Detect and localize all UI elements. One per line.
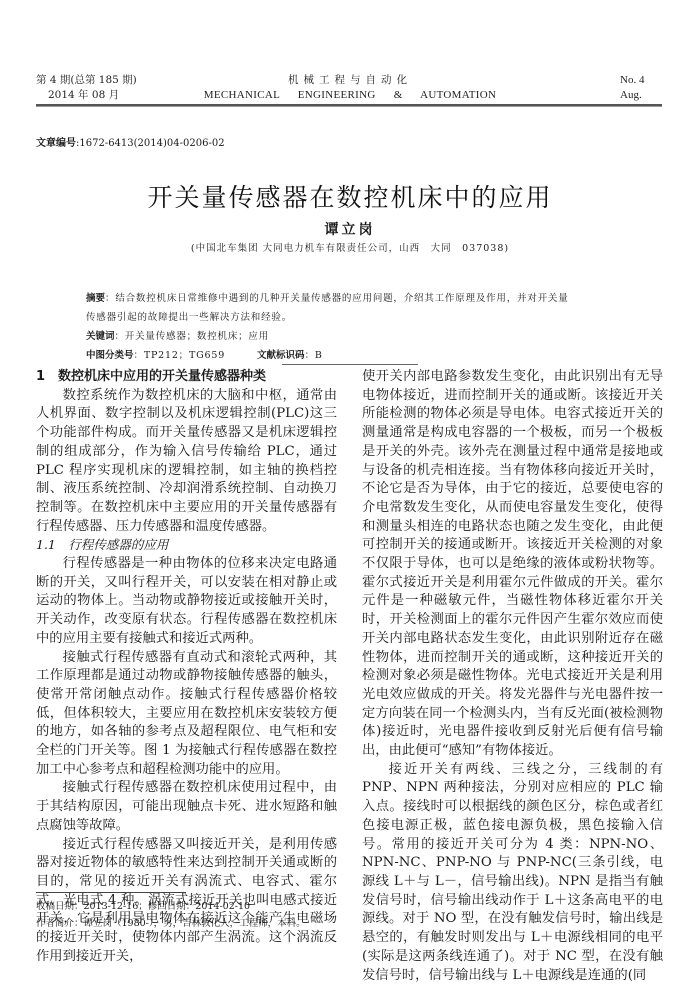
- keywords-value: ：开关量传感器；数控机床；应用: [115, 331, 270, 342]
- article-id: 文章编号:1672-6413(2014)04-0206-02: [36, 134, 225, 149]
- keywords-label: 关键词: [86, 331, 115, 342]
- paragraph: 接近开关有两线、三线之分，三线制的有 PNP、NPN 两种接法，分别对应相应的 …: [362, 761, 663, 985]
- body-column-right: 使开关内部电路参数发生变化，由此识别出有无导电物体接近，进而控制开关的通或断。该…: [362, 368, 663, 985]
- abstract-text-2: 传感器引起的故障提出一些解决方法和经验。: [86, 312, 292, 323]
- doc-code-value: ：B: [305, 350, 323, 361]
- journal-name-en: MECHANICAL ENGINEERING & AUTOMATION: [0, 88, 700, 103]
- section-heading: 1 数控机床中应用的开关量传感器种类: [36, 368, 337, 387]
- body-column-left: 1 数控机床中应用的开关量传感器种类 数控系统作为数控机床的大脑和中枢，通常由人…: [36, 368, 337, 967]
- article-id-label: 文章编号: [36, 138, 76, 149]
- paragraph: 接触式行程传感器在数控机床使用过程中，由于其结构原因，可能出现触点卡死、进水短路…: [36, 779, 337, 835]
- clc-label: 中图分类号: [86, 350, 134, 361]
- clc-value: ：TP212；TG659: [134, 350, 226, 361]
- subsection-heading: 1.1 行程传感器的应用: [36, 536, 337, 555]
- footnote-rule: [36, 892, 186, 893]
- author-name: 谭立岗: [0, 219, 700, 239]
- footnote-received-date: 收稿日期：2013-12-16；修回日期：2014-02-10: [36, 900, 250, 914]
- abstract-text-1: ：结合数控机床日常维修中遇到的几种开关量传感器的应用问题，介绍其工作原理及作用，…: [105, 293, 569, 304]
- paragraph: 行程传感器是一种由物体的位移来决定电路通断的开关，又叫行程开关，可以安装在相对静…: [36, 555, 337, 649]
- paragraph: 接触式行程传感器有直动式和滚轮式两种，其工作原理都是通过动物或静物接触传感器的触…: [36, 649, 337, 780]
- footnote-author-bio: 作者简介：谭立岗（1980-），男，吉林敦化人，工程师，本科。: [36, 917, 306, 931]
- issue-info-en: No. 4 Aug.: [620, 73, 644, 103]
- issue-no: No. 4: [620, 73, 644, 88]
- issue-month: Aug.: [620, 88, 644, 103]
- paper-title: 开关量传感器在数控机床中的应用: [0, 178, 700, 214]
- keywords-line: 关键词：开关量传感器；数控机床；应用: [86, 327, 616, 346]
- journal-name: 机械工程与自动化 MECHANICAL ENGINEERING & AUTOMA…: [0, 73, 700, 103]
- abstract-line: 传感器引起的故障提出一些解决方法和经验。: [86, 308, 616, 327]
- abstract-line: 摘要：结合数控机床日常维修中遇到的几种开关量传感器的应用问题，介绍其工作原理及作…: [86, 289, 616, 308]
- classification-line: 中图分类号：TP212；TG659文献标识码：B: [86, 346, 616, 365]
- journal-name-cn: 机械工程与自动化: [0, 73, 700, 88]
- header-rule: [36, 104, 662, 107]
- paragraph: 数控系统作为数控机床的大脑和中枢，通常由人机界面、数字控制以及机床逻辑控制(PL…: [36, 387, 337, 537]
- doc-code-label: 文献标识码: [257, 350, 305, 361]
- article-id-value: :1672-6413(2014)04-0206-02: [76, 138, 225, 149]
- abstract-separator: [282, 364, 418, 365]
- paragraph: 使开关内部电路参数发生变化，由此识别出有无导电物体接近，进而控制开关的通或断。该…: [362, 368, 663, 761]
- author-affiliation: (中国北车集团 大同电力机车有限责任公司，山西 大同 037038): [0, 240, 700, 254]
- abstract-block: 摘要：结合数控机床日常维修中遇到的几种开关量传感器的应用问题，介绍其工作原理及作…: [86, 289, 616, 365]
- abstract-label: 摘要: [86, 293, 105, 304]
